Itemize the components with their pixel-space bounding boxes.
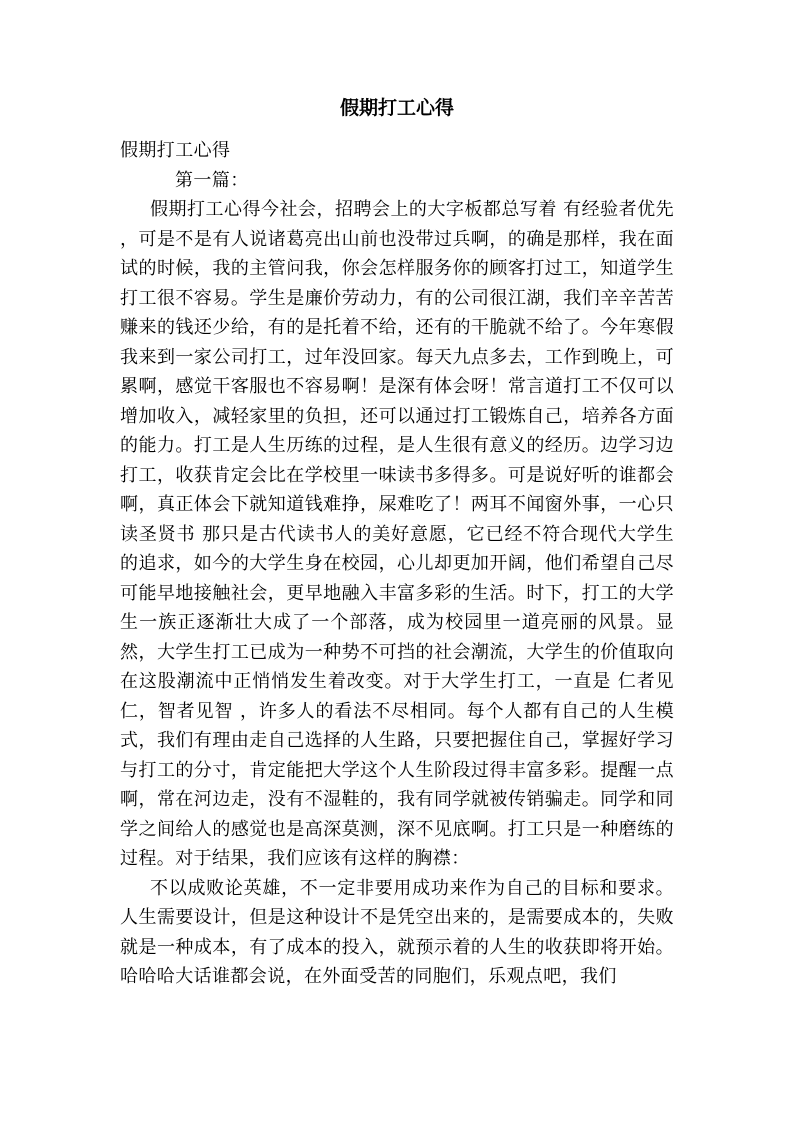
- section-label: 第一篇：: [120, 166, 674, 196]
- document-title: 假期打工心得: [120, 93, 674, 123]
- document-heading: 假期打工心得: [120, 136, 674, 166]
- paragraph-1: 假期打工心得今社会，招聘会上的大字板都总写着 有经验者优先 ，可是不是有人说诸葛…: [120, 195, 674, 874]
- document-page: 假期打工心得 假期打工心得 第一篇： 假期打工心得今社会，招聘会上的大字板都总写…: [0, 0, 794, 1123]
- paragraph-2: 不以成败论英雄，不一定非要用成功来作为自己的目标和要求。人生需要设计，但是这种设…: [120, 874, 674, 992]
